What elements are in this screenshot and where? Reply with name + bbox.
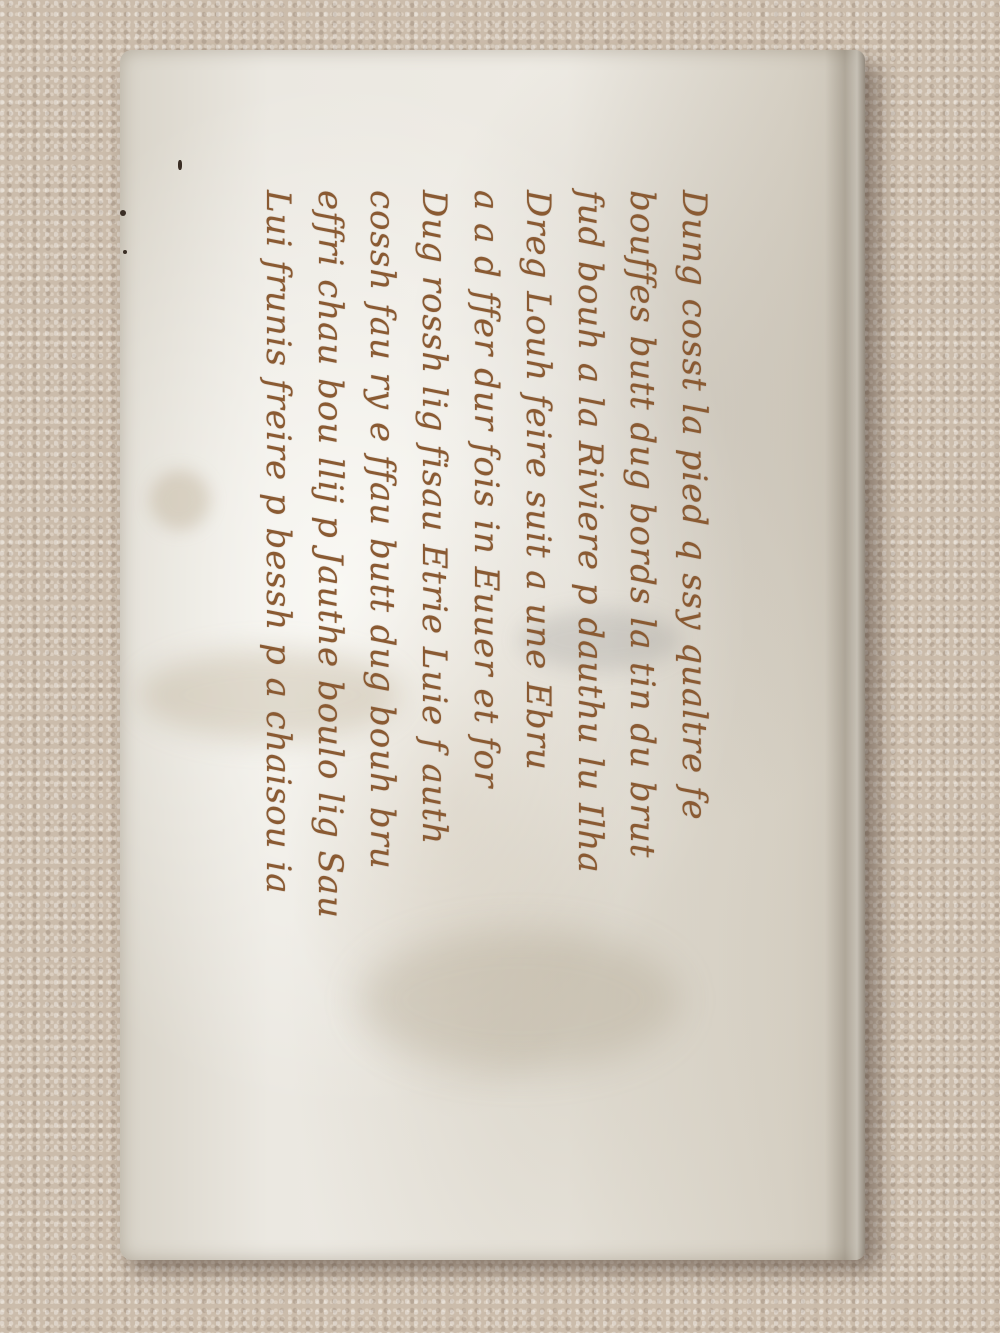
- script-line: effri chau bou llij p Jauthe boulo lig S…: [304, 190, 356, 1240]
- book-spine-edge: [825, 50, 865, 1260]
- script-line: Dreg Louh feire suit a une Ebru: [512, 190, 564, 1240]
- script-line: cossh fau ry e ffau butt dug bouh bru: [356, 190, 408, 1240]
- script-line: fud bouh a la Riviere p dauthu lu Ilha: [564, 190, 616, 1240]
- handwritten-inscription: Dung cosst la pied q ssy qualtre fe bouf…: [70, 190, 720, 1240]
- script-line: Lui frunis freire p bessh p a chaisou ia: [252, 190, 304, 1240]
- script-line: a a d ffer dur fois in Euuer et for: [460, 190, 512, 1240]
- script-line: Dug rossh lig fisau Etrie Luie f auth: [408, 190, 460, 1240]
- wormhole: [178, 160, 182, 170]
- script-line: bouffes butt dug bords la tin du brut: [616, 190, 668, 1240]
- script-line: Dung cosst la pied q ssy qualtre fe: [668, 190, 720, 1240]
